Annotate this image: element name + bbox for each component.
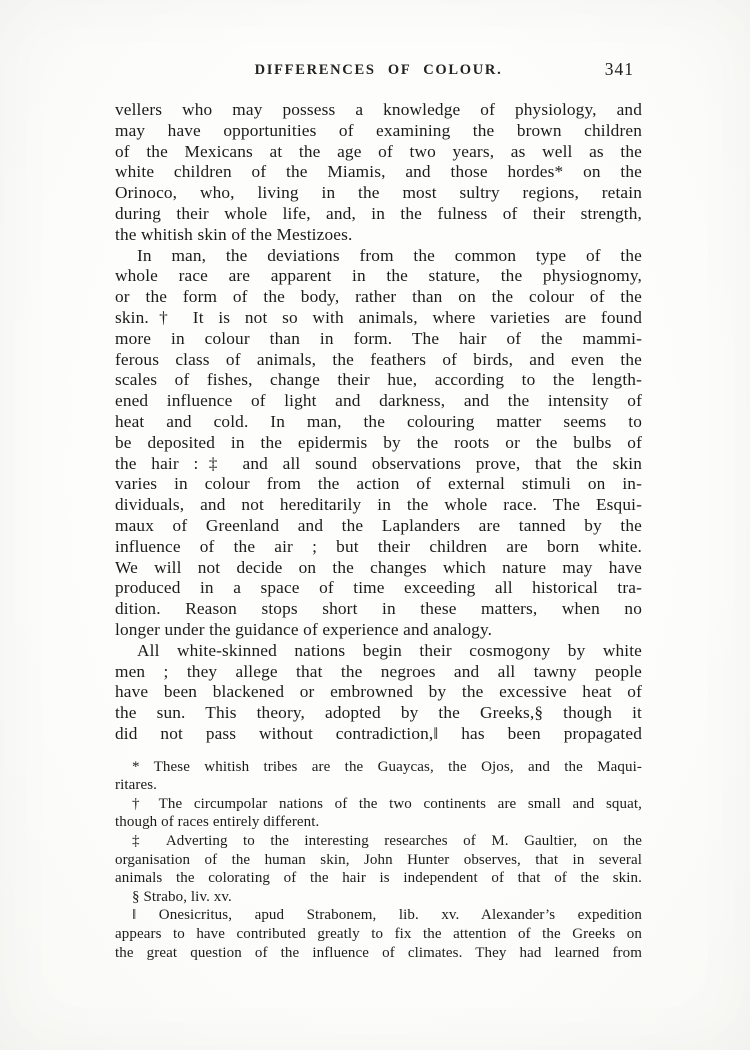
text-line: the sun. This theory, adopted by the Gre… — [115, 703, 642, 724]
text-line: vellers who may possess a knowledge of p… — [115, 100, 642, 121]
text-line: be deposited in the epidermis by the roo… — [115, 433, 642, 454]
text-line: In man, the deviations from the common t… — [115, 246, 642, 267]
text-line: dividuals, and not hereditarily in the w… — [115, 495, 642, 516]
text-line: during their whole life, and, in the ful… — [115, 204, 642, 225]
text-line: men ; they allege that the negroes and a… — [115, 662, 642, 683]
footnote-dagger: † The circumpolar nations of the two con… — [115, 795, 642, 832]
footnotes-section: * These whitish tribes are the Guaycas, … — [115, 758, 642, 963]
footnote-parallel-mark: ‖ Onesicritus, apud Strabonem, lib. xv. … — [115, 906, 642, 962]
text-line: produced in a space of time exceeding al… — [115, 578, 642, 599]
text-line: though of races entirely different. — [115, 813, 642, 832]
text-line: or the form of the body, rather than on … — [115, 287, 642, 308]
text-line: ened influence of light and darkness, an… — [115, 391, 642, 412]
text-line: appears to have contributed greatly to f… — [115, 925, 642, 944]
text-line: skin.† It is not so with animals, where … — [115, 308, 642, 329]
running-header-title: DIFFERENCES OF COLOUR. — [255, 62, 503, 78]
text-line: § Strabo, liv. xv. — [115, 888, 642, 907]
text-line: ‡ Adverting to the interesting researche… — [115, 832, 642, 851]
text-line: have been blackened or embrowned by the … — [115, 682, 642, 703]
paragraph-cosmogony: All white-skinned nations begin their co… — [115, 641, 642, 745]
page-number: 341 — [605, 59, 634, 80]
paragraph-continuation: vellers who may possess a knowledge of p… — [115, 100, 642, 246]
text-line: We will not decide on the changes which … — [115, 558, 642, 579]
text-line: scales of fishes, change their hue, acco… — [115, 370, 642, 391]
text-line: whole race are apparent in the stature, … — [115, 266, 642, 287]
text-line: ‖ Onesicritus, apud Strabonem, lib. xv. … — [115, 906, 642, 925]
text-line: more in colour than in form. The hair of… — [115, 329, 642, 350]
footnote-asterisk: * These whitish tribes are the Guaycas, … — [115, 758, 642, 795]
book-page: DIFFERENCES OF COLOUR. 341 vellers who m… — [0, 0, 750, 1050]
text-line: of the Mexicans at the age of two years,… — [115, 142, 642, 163]
text-line: the whitish skin of the Mestizoes. — [115, 225, 642, 246]
text-line: ferous class of animals, the feathers of… — [115, 350, 642, 371]
text-line: * These whitish tribes are the Guaycas, … — [115, 758, 642, 777]
text-line: heat and cold. In man, the colouring mat… — [115, 412, 642, 433]
running-header: DIFFERENCES OF COLOUR. 341 — [115, 61, 642, 83]
text-line: white children of the Miamis, and those … — [115, 162, 642, 183]
body-text: vellers who may possess a knowledge of p… — [115, 100, 642, 745]
text-line: maux of Greenland and the Laplanders are… — [115, 516, 642, 537]
text-line: Orinoco, who, living in the most sultry … — [115, 183, 642, 204]
text-line: dition. Reason stops short in these matt… — [115, 599, 642, 620]
text-line: may have opportunities of examining the … — [115, 121, 642, 142]
text-line: varies in colour from the action of exte… — [115, 474, 642, 495]
text-line: did not pass without contradiction,‖ has… — [115, 724, 642, 745]
footnote-section-mark: § Strabo, liv. xv. — [115, 888, 642, 907]
text-line: All white-skinned nations begin their co… — [115, 641, 642, 662]
text-column: vellers who may possess a knowledge of p… — [115, 100, 642, 962]
text-line: the great question of the influence of c… — [115, 944, 642, 963]
text-line: ritares. — [115, 776, 642, 795]
text-line: animals the colorating of the hair is in… — [115, 869, 642, 888]
text-line: longer under the guidance of experience … — [115, 620, 642, 641]
paragraph-deviations: In man, the deviations from the common t… — [115, 246, 642, 641]
text-line: † The circumpolar nations of the two con… — [115, 795, 642, 814]
footnote-double-dagger: ‡ Adverting to the interesting researche… — [115, 832, 642, 888]
text-line: the hair :‡ and all sound observations p… — [115, 454, 642, 475]
text-line: influence of the air ; but their childre… — [115, 537, 642, 558]
text-line: organisation of the human skin, John Hun… — [115, 851, 642, 870]
